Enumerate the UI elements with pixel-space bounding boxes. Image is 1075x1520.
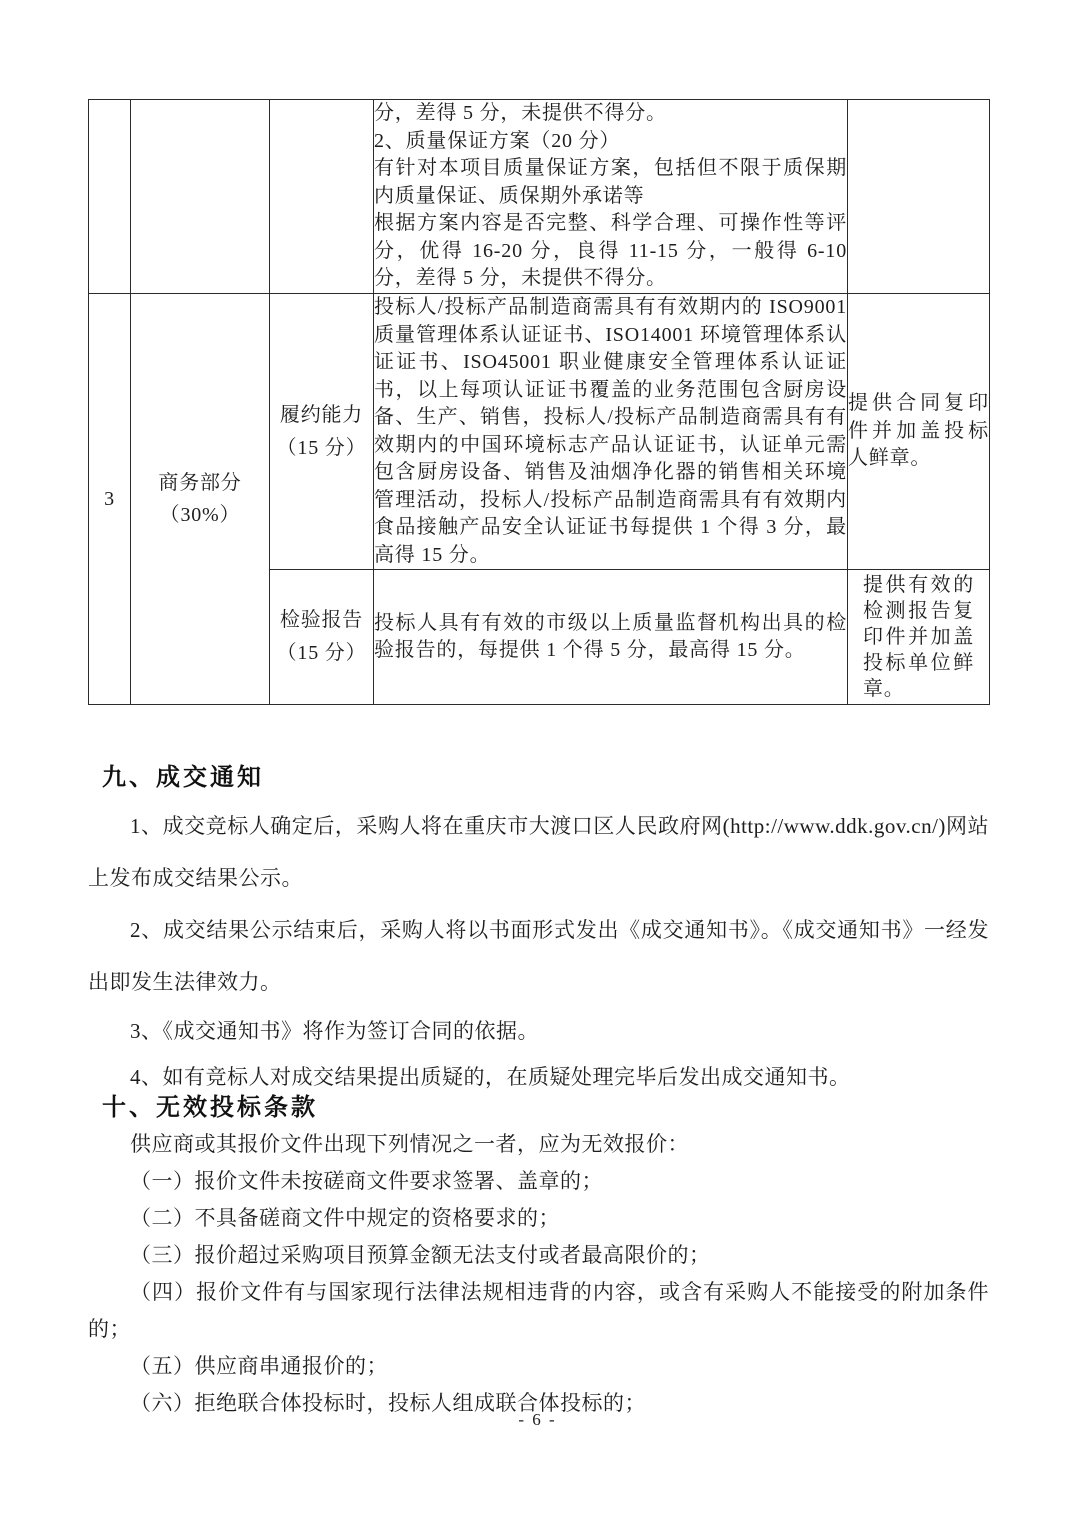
cell-criteria-performance: 投标人/投标产品制造商需具有有效期内的 ISO9001 质量管理体系认证证书、I…: [374, 294, 848, 570]
section10-item: （三）报价超过采购项目预算金额无法支付或者最高限价的；: [88, 1237, 989, 1274]
section10-item: （五）供应商串通报价的；: [88, 1348, 989, 1385]
section9-body: 1、成交竞标人确定后，采购人将在重庆市大渡口区人民政府网(http://www.…: [88, 800, 989, 1100]
cell-criteria-inspection: 投标人具有有效的市级以上质量监督机构出具的检验报告的，每提供 1 个得 5 分，…: [374, 570, 848, 705]
page-number: - 6 -: [0, 1410, 1075, 1430]
evaluation-criteria-table: 分，差得 5 分，未提供不得分。 2、质量保证方案（20 分） 有针对本项目质量…: [88, 99, 990, 705]
table-row-performance: 3 商务部分（30%） 履约能力（15 分） 投标人/投标产品制造商需具有有效期…: [89, 294, 990, 570]
table-row-continuation: 分，差得 5 分，未提供不得分。 2、质量保证方案（20 分） 有针对本项目质量…: [89, 100, 990, 294]
section9-paragraph: 2、成交结果公示结束后，采购人将以书面形式发出《成交通知书》。《成交通知书》一经…: [88, 904, 989, 1008]
cell-empty-number: [89, 100, 131, 294]
section10-item: （二）不具备磋商文件中规定的资格要求的；: [88, 1200, 989, 1237]
document-page: 分，差得 5 分，未提供不得分。 2、质量保证方案（20 分） 有针对本项目质量…: [0, 0, 1075, 1520]
criteria-paragraph: 分，差得 5 分，未提供不得分。: [374, 100, 847, 128]
section10-item: （四）报价文件有与国家现行法律法规相违背的内容，或含有采购人不能接受的附加条件的…: [88, 1274, 989, 1348]
section10-body: 供应商或其报价文件出现下列情况之一者，应为无效报价： （一）报价文件未按磋商文件…: [88, 1126, 989, 1422]
section10-intro: 供应商或其报价文件出现下列情况之一者，应为无效报价：: [88, 1126, 989, 1163]
cell-empty-requirement: [848, 100, 990, 294]
cell-requirement-report: 提供有效的检测报告复印件并加盖投标单位鲜章。: [848, 570, 990, 705]
section10-heading: 十、无效投标条款: [102, 1087, 318, 1122]
section9-heading: 九、成交通知: [102, 757, 264, 792]
section9-paragraph: 3、《成交通知书》将作为签订合同的依据。: [88, 1008, 989, 1054]
cell-subitem-inspection: 检验报告（15 分）: [270, 570, 374, 705]
criteria-paragraph: 根据方案内容是否完整、科学合理、可操作性等评分，优得 16-20 分，良得 11…: [374, 210, 847, 293]
criteria-paragraph: 2、质量保证方案（20 分）: [374, 128, 847, 156]
cell-requirement-contract: 提供合同复印件并加盖投标人鲜章。: [848, 294, 990, 570]
section9-paragraph: 1、成交竞标人确定后，采购人将在重庆市大渡口区人民政府网(http://www.…: [88, 800, 989, 904]
cell-empty-subitem: [270, 100, 374, 294]
cell-criteria-continuation: 分，差得 5 分，未提供不得分。 2、质量保证方案（20 分） 有针对本项目质量…: [374, 100, 848, 294]
cell-subitem-performance: 履约能力（15 分）: [270, 294, 374, 570]
criteria-paragraph: 有针对本项目质量保证方案，包括但不限于质保期内质量保证、质保期外承诺等: [374, 155, 847, 210]
section10-item: （一）报价文件未按磋商文件要求签署、盖章的；: [88, 1163, 989, 1200]
cell-row-number: 3: [89, 294, 131, 705]
cell-category-business: 商务部分（30%）: [131, 294, 270, 705]
cell-empty-category: [131, 100, 270, 294]
